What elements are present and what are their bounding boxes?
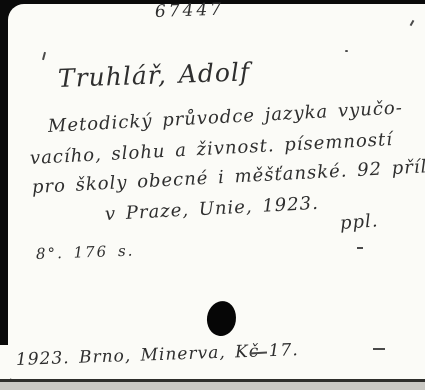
card-bottom-left-corner [0, 345, 10, 379]
stray-ink-dot [357, 247, 363, 249]
pencil-dash-mark [373, 348, 385, 350]
scanned-catalog-card-image: 67447 Truhlář, Adolf Metodický průvodce … [0, 0, 425, 390]
catalog-number: 67447 [155, 0, 225, 22]
scan-bottom-edge [0, 379, 425, 390]
stray-ink-dot [345, 50, 348, 52]
format-pages-note: 8°. 176 s. [36, 242, 135, 263]
side-annotation: ppl. [339, 210, 379, 234]
